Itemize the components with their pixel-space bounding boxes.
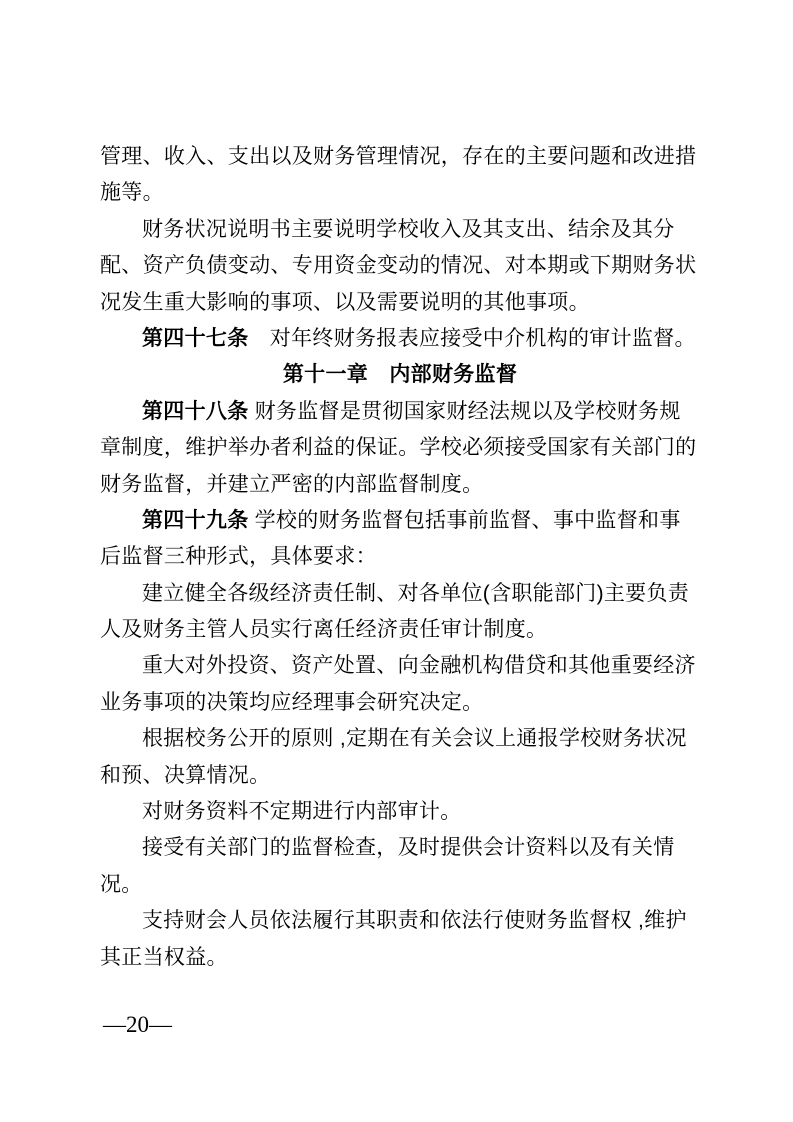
document-page: 管理、收入、支出以及财务管理情况，存在的主要问题和改进措施等。财务状况说明书主要… bbox=[0, 0, 793, 1122]
text-line: 后监督三种形式，具体要求： bbox=[100, 539, 700, 575]
text-line: 况。 bbox=[100, 867, 700, 903]
text-line: 人及财务主管人员实行离任经济责任审计制度。 bbox=[100, 612, 700, 648]
document-lines: 管理、收入、支出以及财务管理情况，存在的主要问题和改进措施等。财务状况说明书主要… bbox=[100, 139, 700, 976]
article-number: 第四十七条 bbox=[142, 327, 249, 350]
text-line: 第四十八条 财务监督是贯彻国家财经法规以及学校财务规 bbox=[100, 394, 700, 430]
article-number: 第四十九条 bbox=[142, 509, 249, 532]
text-line: 接受有关部门的监督检查，及时提供会计资料以及有关情 bbox=[100, 830, 700, 866]
text-line: 配、资产负债变动、专用资金变动的情况、对本期或下期财务状 bbox=[100, 248, 700, 284]
text-line: 对财务资料不定期进行内部审计。 bbox=[100, 794, 700, 830]
text-line: 和预、决算情况。 bbox=[100, 758, 700, 794]
text-line: 根据校务公开的原则 ,定期在有关会议上通报学校财务状况 bbox=[100, 721, 700, 757]
text-line: 章制度，维护举办者利益的保证。学校必须接受国家有关部门的 bbox=[100, 430, 700, 466]
text-line: 管理、收入、支出以及财务管理情况，存在的主要问题和改进措 bbox=[100, 139, 700, 175]
text-line: 财务监督，并建立严密的内部监督制度。 bbox=[100, 467, 700, 503]
text-line: 业务事项的决策均应经理事会研究决定。 bbox=[100, 685, 700, 721]
article-number: 第四十八条 bbox=[142, 400, 249, 423]
text-line: 第四十九条 学校的财务监督包括事前监督、事中监督和事 bbox=[100, 503, 700, 539]
text-line: 施等。 bbox=[100, 175, 700, 211]
text-line: 财务状况说明书主要说明学校收入及其支出、结余及其分 bbox=[100, 212, 700, 248]
text-line: 支持财会人员依法履行其职责和依法行使财务监督权 ,维护 bbox=[100, 903, 700, 939]
chapter-heading: 第十一章 内部财务监督 bbox=[100, 357, 700, 393]
page-number: —20— bbox=[103, 1008, 172, 1042]
text-line: 重大对外投资、资产处置、向金融机构借贷和其他重要经济 bbox=[100, 648, 700, 684]
text-line: 第四十七条 对年终财务报表应接受中介机构的审计监督。 bbox=[100, 321, 700, 357]
text-line: 其正当权益。 bbox=[100, 940, 700, 976]
text-line: 况发生重大影响的事项、以及需要说明的其他事项。 bbox=[100, 285, 700, 321]
text-line: 建立健全各级经济责任制、对各单位(含职能部门)主要负责 bbox=[100, 576, 700, 612]
